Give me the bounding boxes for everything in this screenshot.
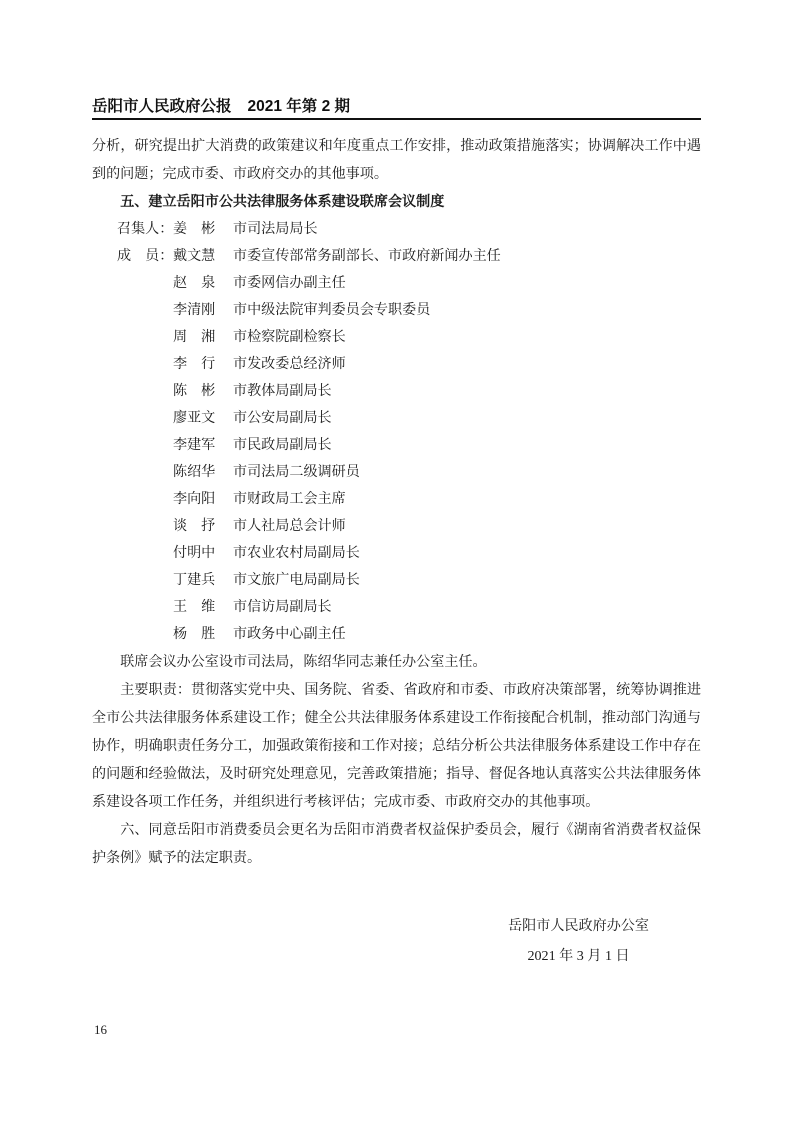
roster-row-member: 李 行 市发改委总经济师 (92, 351, 701, 378)
roster-title: 市信访局副局长 (233, 594, 332, 621)
roster-row-member: 付明中 市农业农村局副局长 (92, 540, 701, 567)
roster-row-member: 杨 胜 市政务中心副主任 (92, 621, 701, 648)
roster-title: 市教体局副局长 (233, 378, 332, 405)
roster-role-label (117, 270, 173, 297)
roster-title: 市检察院副检察长 (233, 324, 346, 351)
section-6-paragraph: 六、同意岳阳市消费委员会更名为岳阳市消费者权益保护委员会，履行《湖南省消费者权益… (92, 816, 701, 872)
signing-date: 2021 年 3 月 1 日 (508, 941, 649, 971)
section-5-heading: 五、建立岳阳市公共法律服务体系建设联席会议制度 (92, 188, 701, 216)
roster-title: 市中级法院审判委员会专职委员 (233, 297, 430, 324)
roster-role-label (117, 378, 173, 405)
roster-name: 李建军 (173, 432, 217, 459)
page-header: 岳阳市人民政府公报2021 年第 2 期 (92, 94, 701, 116)
roster-name: 姜 彬 (173, 216, 217, 243)
document-body: 分析，研究提出扩大消费的政策建议和年度重点工作安排，推动政策措施落实；协调解决工… (92, 132, 701, 971)
roster-role-label (117, 324, 173, 351)
roster-name: 廖亚文 (173, 405, 217, 432)
signature-block: 岳阳市人民政府办公室 2021 年 3 月 1 日 (92, 911, 701, 971)
roster-role-label (117, 621, 173, 648)
roster-role-label (117, 459, 173, 486)
gazette-issue: 2021 年第 2 期 (248, 98, 351, 115)
roster-name: 李 行 (173, 351, 217, 378)
roster-role-label (117, 513, 173, 540)
paragraph-continuation: 分析，研究提出扩大消费的政策建议和年度重点工作安排，推动政策措施落实；协调解决工… (92, 132, 701, 188)
page-number: 16 (94, 1022, 107, 1038)
roster-row-member: 赵 泉 市委网信办副主任 (92, 270, 701, 297)
roster-title: 市发改委总经济师 (233, 351, 346, 378)
roster-role-label (117, 297, 173, 324)
roster-title: 市司法局局长 (233, 216, 318, 243)
office-note: 联席会议办公室设市司法局，陈绍华同志兼任办公室主任。 (92, 648, 701, 676)
roster-title: 市公安局副局长 (233, 405, 332, 432)
roster-row-member: 丁建兵 市文旅广电局副局长 (92, 567, 701, 594)
roster-list: 召集人： 姜 彬 市司法局局长 成 员： 戴文慧 市委宣传部常务副部长、市政府新… (92, 216, 701, 648)
roster-title: 市司法局二级调研员 (233, 459, 360, 486)
roster-name: 王 维 (173, 594, 217, 621)
roster-row-member: 成 员： 戴文慧 市委宣传部常务副部长、市政府新闻办主任 (92, 243, 701, 270)
roster-role-label: 召集人： (117, 216, 173, 243)
roster-name: 陈 彬 (173, 378, 217, 405)
roster-name: 丁建兵 (173, 567, 217, 594)
roster-row-member: 谈 抒 市人社局总会计师 (92, 513, 701, 540)
roster-role-label (117, 594, 173, 621)
roster-row-convener: 召集人： 姜 彬 市司法局局长 (92, 216, 701, 243)
roster-role-label: 成 员： (117, 243, 173, 270)
duties-paragraph: 主要职责：贯彻落实党中央、国务院、省委、省政府和市委、市政府决策部署，统筹协调推… (92, 676, 701, 816)
roster-name: 李向阳 (173, 486, 217, 513)
roster-name: 赵 泉 (173, 270, 217, 297)
roster-title: 市人社局总会计师 (233, 513, 346, 540)
roster-role-label (117, 351, 173, 378)
roster-row-member: 李建军 市民政局副局长 (92, 432, 701, 459)
gazette-title: 岳阳市人民政府公报 (92, 98, 232, 115)
roster-title: 市政务中心副主任 (233, 621, 346, 648)
roster-role-label (117, 486, 173, 513)
roster-role-label (117, 567, 173, 594)
roster-role-label (117, 405, 173, 432)
roster-title: 市财政局工会主席 (233, 486, 346, 513)
roster-title: 市文旅广电局副局长 (233, 567, 360, 594)
roster-row-member: 李向阳 市财政局工会主席 (92, 486, 701, 513)
roster-name: 戴文慧 (173, 243, 217, 270)
roster-role-label (117, 540, 173, 567)
roster-row-member: 周 湘 市检察院副检察长 (92, 324, 701, 351)
roster-title: 市委网信办副主任 (233, 270, 346, 297)
gazette-page: 岳阳市人民政府公报2021 年第 2 期 分析，研究提出扩大消费的政策建议和年度… (0, 0, 793, 1122)
roster-title: 市农业农村局副局长 (233, 540, 360, 567)
roster-title: 市民政局副局长 (233, 432, 332, 459)
roster-name: 杨 胜 (173, 621, 217, 648)
roster-row-member: 王 维 市信访局副局长 (92, 594, 701, 621)
roster-row-member: 陈 彬 市教体局副局长 (92, 378, 701, 405)
roster-row-member: 陈绍华 市司法局二级调研员 (92, 459, 701, 486)
roster-name: 陈绍华 (173, 459, 217, 486)
roster-name: 李清刚 (173, 297, 217, 324)
roster-name: 周 湘 (173, 324, 217, 351)
roster-name: 谈 抒 (173, 513, 217, 540)
roster-role-label (117, 432, 173, 459)
roster-title: 市委宣传部常务副部长、市政府新闻办主任 (233, 243, 501, 270)
roster-name: 付明中 (173, 540, 217, 567)
signing-office: 岳阳市人民政府办公室 (508, 911, 649, 941)
signature-inner: 岳阳市人民政府办公室 2021 年 3 月 1 日 (508, 911, 649, 971)
header-rule (92, 118, 701, 120)
roster-row-member: 廖亚文 市公安局副局长 (92, 405, 701, 432)
roster-row-member: 李清刚 市中级法院审判委员会专职委员 (92, 297, 701, 324)
